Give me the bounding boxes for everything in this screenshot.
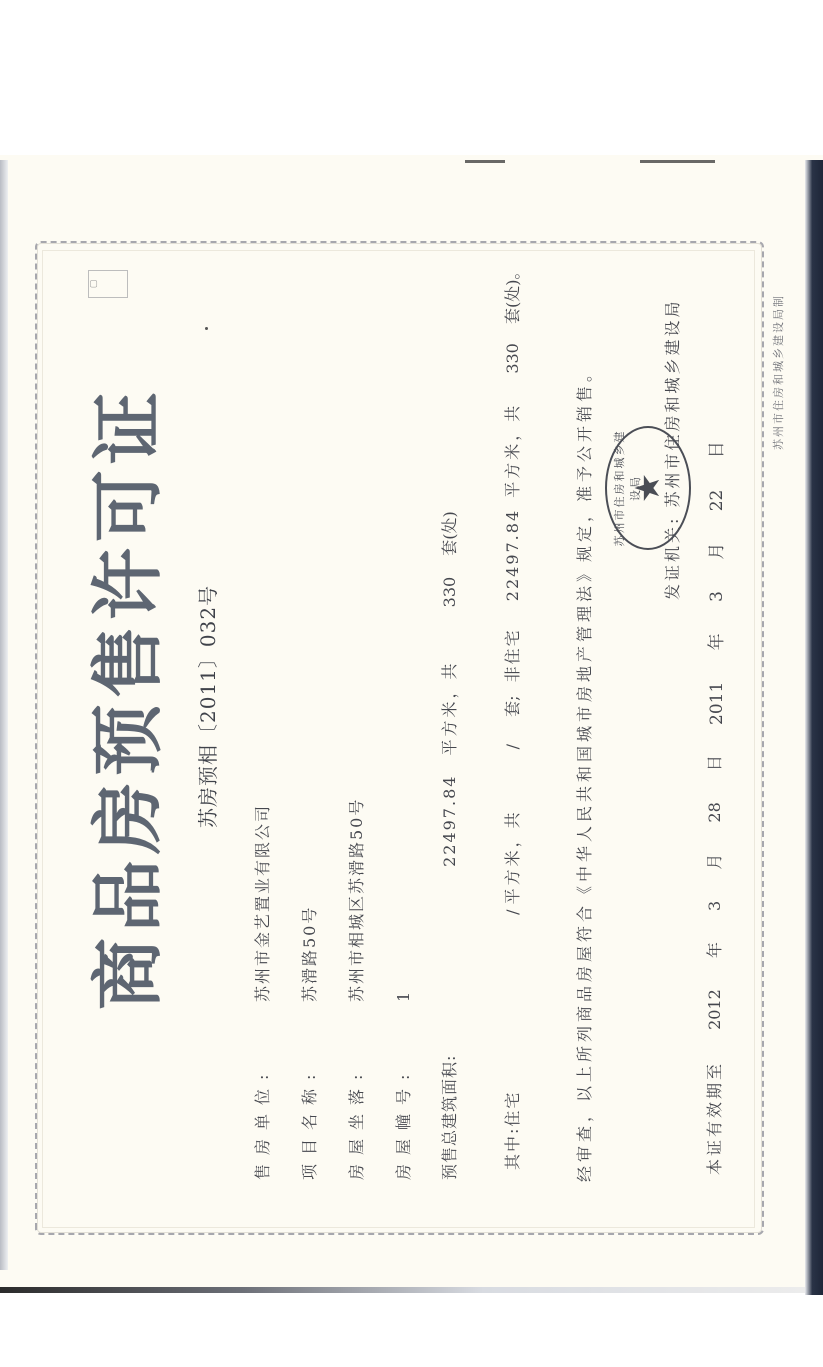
field-value: 苏州市金艺置业有限公司 (250, 804, 273, 1002)
certificate-number: 苏房预相〔2011〕032号 (192, 585, 221, 828)
field-label: 售房单位: (250, 1020, 273, 1180)
validity-year: 2012 (705, 989, 724, 1030)
issue-year: 2011 (707, 682, 727, 725)
validity-day-unit: 日 (705, 755, 724, 771)
field-label: 房屋幢号: (391, 1020, 414, 1180)
printer-note: 苏州市住房和城乡建设局制 (770, 294, 786, 450)
approval-statement: 经审查，以上所列商品房屋符合《中华人民共和国城市房地产管理法》规定，准予公开销售… (572, 362, 595, 1182)
non-residential-label: 非住宅 (500, 628, 523, 682)
validity-year-unit: 年 (705, 942, 724, 958)
non-residential-count-unit: 套(处)。 (500, 264, 523, 325)
presale-count: 330 (440, 577, 459, 608)
presale-area-value: 22497.84 (440, 775, 459, 867)
breakdown-row: 其中:住宅 / 平方米，共 / 套; 非住宅 22497.84 平方米，共 33… (500, 264, 523, 1170)
validity-day: 28 (705, 802, 724, 822)
field-value: 苏滑路50号 (297, 906, 320, 1002)
field-label: 房屋坐落: (344, 1020, 367, 1180)
issue-day: 22 (707, 490, 727, 512)
field-label: 项目名称: (297, 1020, 320, 1180)
field-location: 房屋坐落:苏州市相城区苏滑路50号 (344, 798, 367, 1180)
seal-text: 苏州市住房和城乡建设局 (611, 428, 643, 548)
presale-count-unit: 套(处) (437, 511, 460, 556)
issue-date: 2011 年 3 月 22 日 (702, 415, 727, 725)
issue-month: 3 (707, 591, 727, 602)
ink-dot (205, 327, 208, 330)
residential-count: / (503, 744, 522, 749)
validity-month-unit: 月 (705, 854, 724, 870)
validity-label: 本证有效期至 (705, 1061, 724, 1175)
field-project-name: 项目名称:苏滑路50号 (297, 906, 320, 1180)
field-seller: 售房单位:苏州市金艺置业有限公司 (250, 804, 273, 1180)
issue-day-unit: 日 (707, 441, 727, 458)
issue-month-unit: 月 (707, 543, 727, 560)
breakdown-label: 其中:住宅 (500, 1080, 523, 1170)
residential-area: / (503, 910, 522, 915)
issue-year-unit: 年 (707, 633, 727, 650)
field-value: 苏州市相城区苏滑路50号 (344, 798, 367, 1002)
presale-area-row: 预售总建筑面积: 22497.84 平方米，共 330 套(处) (437, 511, 460, 1180)
official-seal: 苏州市住房和城乡建设局 ★ (605, 426, 691, 550)
validity-date: 本证有效期至 2012 年 3 月 28 日 (702, 729, 725, 1175)
certificate-title: 商品房预售许可证 (88, 410, 168, 1010)
presale-area-unit: 平方米，共 (437, 660, 460, 755)
non-residential-unit: 平方米，共 (500, 403, 523, 498)
field-building-no: 房屋幢号:1 (391, 990, 414, 1180)
corner-stamp: ▢ (88, 270, 128, 298)
non-residential-area: 22497.84 (503, 509, 522, 601)
validity-month: 3 (705, 901, 724, 911)
field-value: 1 (394, 990, 413, 1002)
presale-area-label: 预售总建筑面积: (437, 1002, 460, 1180)
non-residential-count: 330 (503, 343, 522, 374)
presale-permit-certificate: ▢ 商品房预售许可证 苏房预相〔2011〕032号 售房单位:苏州市金艺置业有限… (0, 155, 823, 1290)
residential-unit: 平方米，共 (500, 809, 523, 904)
residential-count-unit: 套; (500, 695, 523, 716)
